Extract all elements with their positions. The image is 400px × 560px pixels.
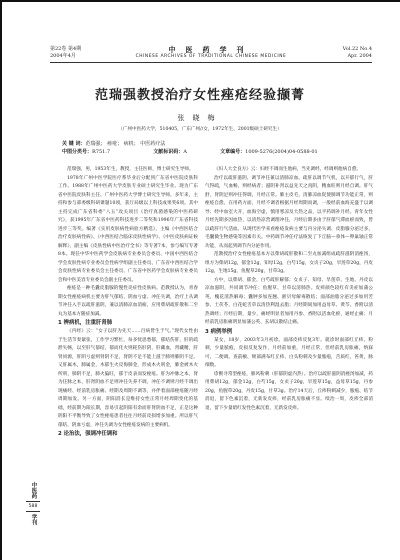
page-number: 588 bbox=[26, 501, 40, 512]
paragraph: 《妇人大全良方》云：妇经不调而生他病，当先调经，经调则他病自愈。 bbox=[205, 166, 373, 175]
volume-issue-en: Vol.22 No.4 bbox=[343, 46, 372, 53]
paragraph: 治疗以疏肝滋阴、调节冲任兼以清肺凉血。疏肝以调节气机，以开郁行气，肝气得疏，气血… bbox=[205, 175, 373, 252]
journal-name-en: CHINESE ARCHIVES OF TRADITIONAL CHINESE … bbox=[50, 54, 372, 60]
paragraph: 范教授治疗女性痤疮基本方以柴胡疏肝散和二至丸加减组成疏肝滋阴消痤汤，组方为柴胡1… bbox=[205, 251, 373, 277]
issue-date-en: Apr. 2004 bbox=[343, 53, 372, 60]
clc-label: 中图分类号： bbox=[62, 149, 92, 155]
section-heading: 3 病例举例 bbox=[205, 328, 373, 337]
running-header: 第22卷 第4期 2004年4月 中医药学刊 CHINESE ARCHIVES … bbox=[50, 46, 372, 63]
section-heading: 1 辨病机，注重肝肾肺 bbox=[58, 319, 198, 328]
volume-info-en: Vol.22 No.4 Apr. 2004 bbox=[343, 46, 372, 60]
paragraph: 范瑞强，男，1953年生，教授，主任医师，博士研究生导师。 bbox=[58, 166, 198, 175]
author-affiliation: （广州中医药大学，510405，广东广州//女，1972年生，2001级硕士研究… bbox=[0, 126, 400, 132]
right-column: 《妇人大全良方》云：妇经不调而生他病，当先调经，经调则他病自愈。 治疗以疏肝滋阴… bbox=[205, 166, 373, 413]
side-journal-tab: 中医药 588 学刊 bbox=[26, 482, 40, 525]
journal-name: 中医药学刊 CHINESE ARCHIVES OF TRADITIONAL CH… bbox=[50, 46, 372, 60]
section-heading: 2 论治法，强调冲任调和 bbox=[58, 430, 198, 439]
paragraph: 1978年广州中医学院医疗系毕业后分配到广东省中医院皮肤科工作。1988年广州中… bbox=[58, 175, 198, 286]
article-number: 1009-5276(2004)04-0588-01 bbox=[245, 149, 318, 155]
side-journal-top: 中医药 bbox=[30, 482, 37, 499]
paragraph: 方中，以柴胡、郁金、白芍疏肝解郁；女贞子、知母、旱莲草、生地、丹皮以凉血滋阴，共… bbox=[205, 277, 373, 328]
article-title: 范瑞强教授治疗女性痤疮经验撷菁 bbox=[0, 84, 400, 103]
doc-code: A bbox=[183, 149, 187, 155]
classification-line: 中图分类号：R751.7 文献标识码：A 文章编号：1009-5276(2004… bbox=[62, 149, 362, 156]
left-column: 范瑞强，男，1953年生，教授，主任医师，博士研究生导师。 1978年广州中医学… bbox=[58, 166, 198, 439]
keywords: 范瑞强； 痤疮； 病机； 中医药疗法 bbox=[85, 141, 165, 147]
keywords-line: 关 键 词：范瑞强； 痤疮； 病机； 中医药疗法 bbox=[62, 141, 165, 148]
paragraph: 某女，18岁，2003年3月初诊。面部皮疹反复3年。就诊时面部红丘疹、粉刺，少量… bbox=[205, 337, 373, 371]
doc-code-label: 文献标识码： bbox=[153, 149, 183, 155]
article-author: 张晓梅 bbox=[0, 113, 400, 123]
journal-name-cn: 中医药学刊 bbox=[50, 46, 372, 54]
article-no-label: 文章编号： bbox=[220, 149, 245, 155]
paragraph: 《内经》云：“女子以肝为先天……百病皆生于气。”现代女性由于生活节奏紧张，工作学… bbox=[58, 328, 198, 430]
clc-number: R751.7 bbox=[92, 149, 110, 155]
side-journal-bottom: 学刊 bbox=[30, 514, 37, 525]
keywords-label: 关 键 词： bbox=[62, 141, 85, 147]
paragraph: 诊断寻常型痤疮，肺风粉刺（肝郁阴虚内热）。治疗以疏肝滋阴消痤汤加减，药用柴胡12… bbox=[205, 371, 373, 414]
paragraph: 痤疮是一种毛囊皮脂腺的慢性炎症性皮肤病。范教授认为，青春期女性痤疮病机主要为肝气… bbox=[58, 285, 198, 319]
